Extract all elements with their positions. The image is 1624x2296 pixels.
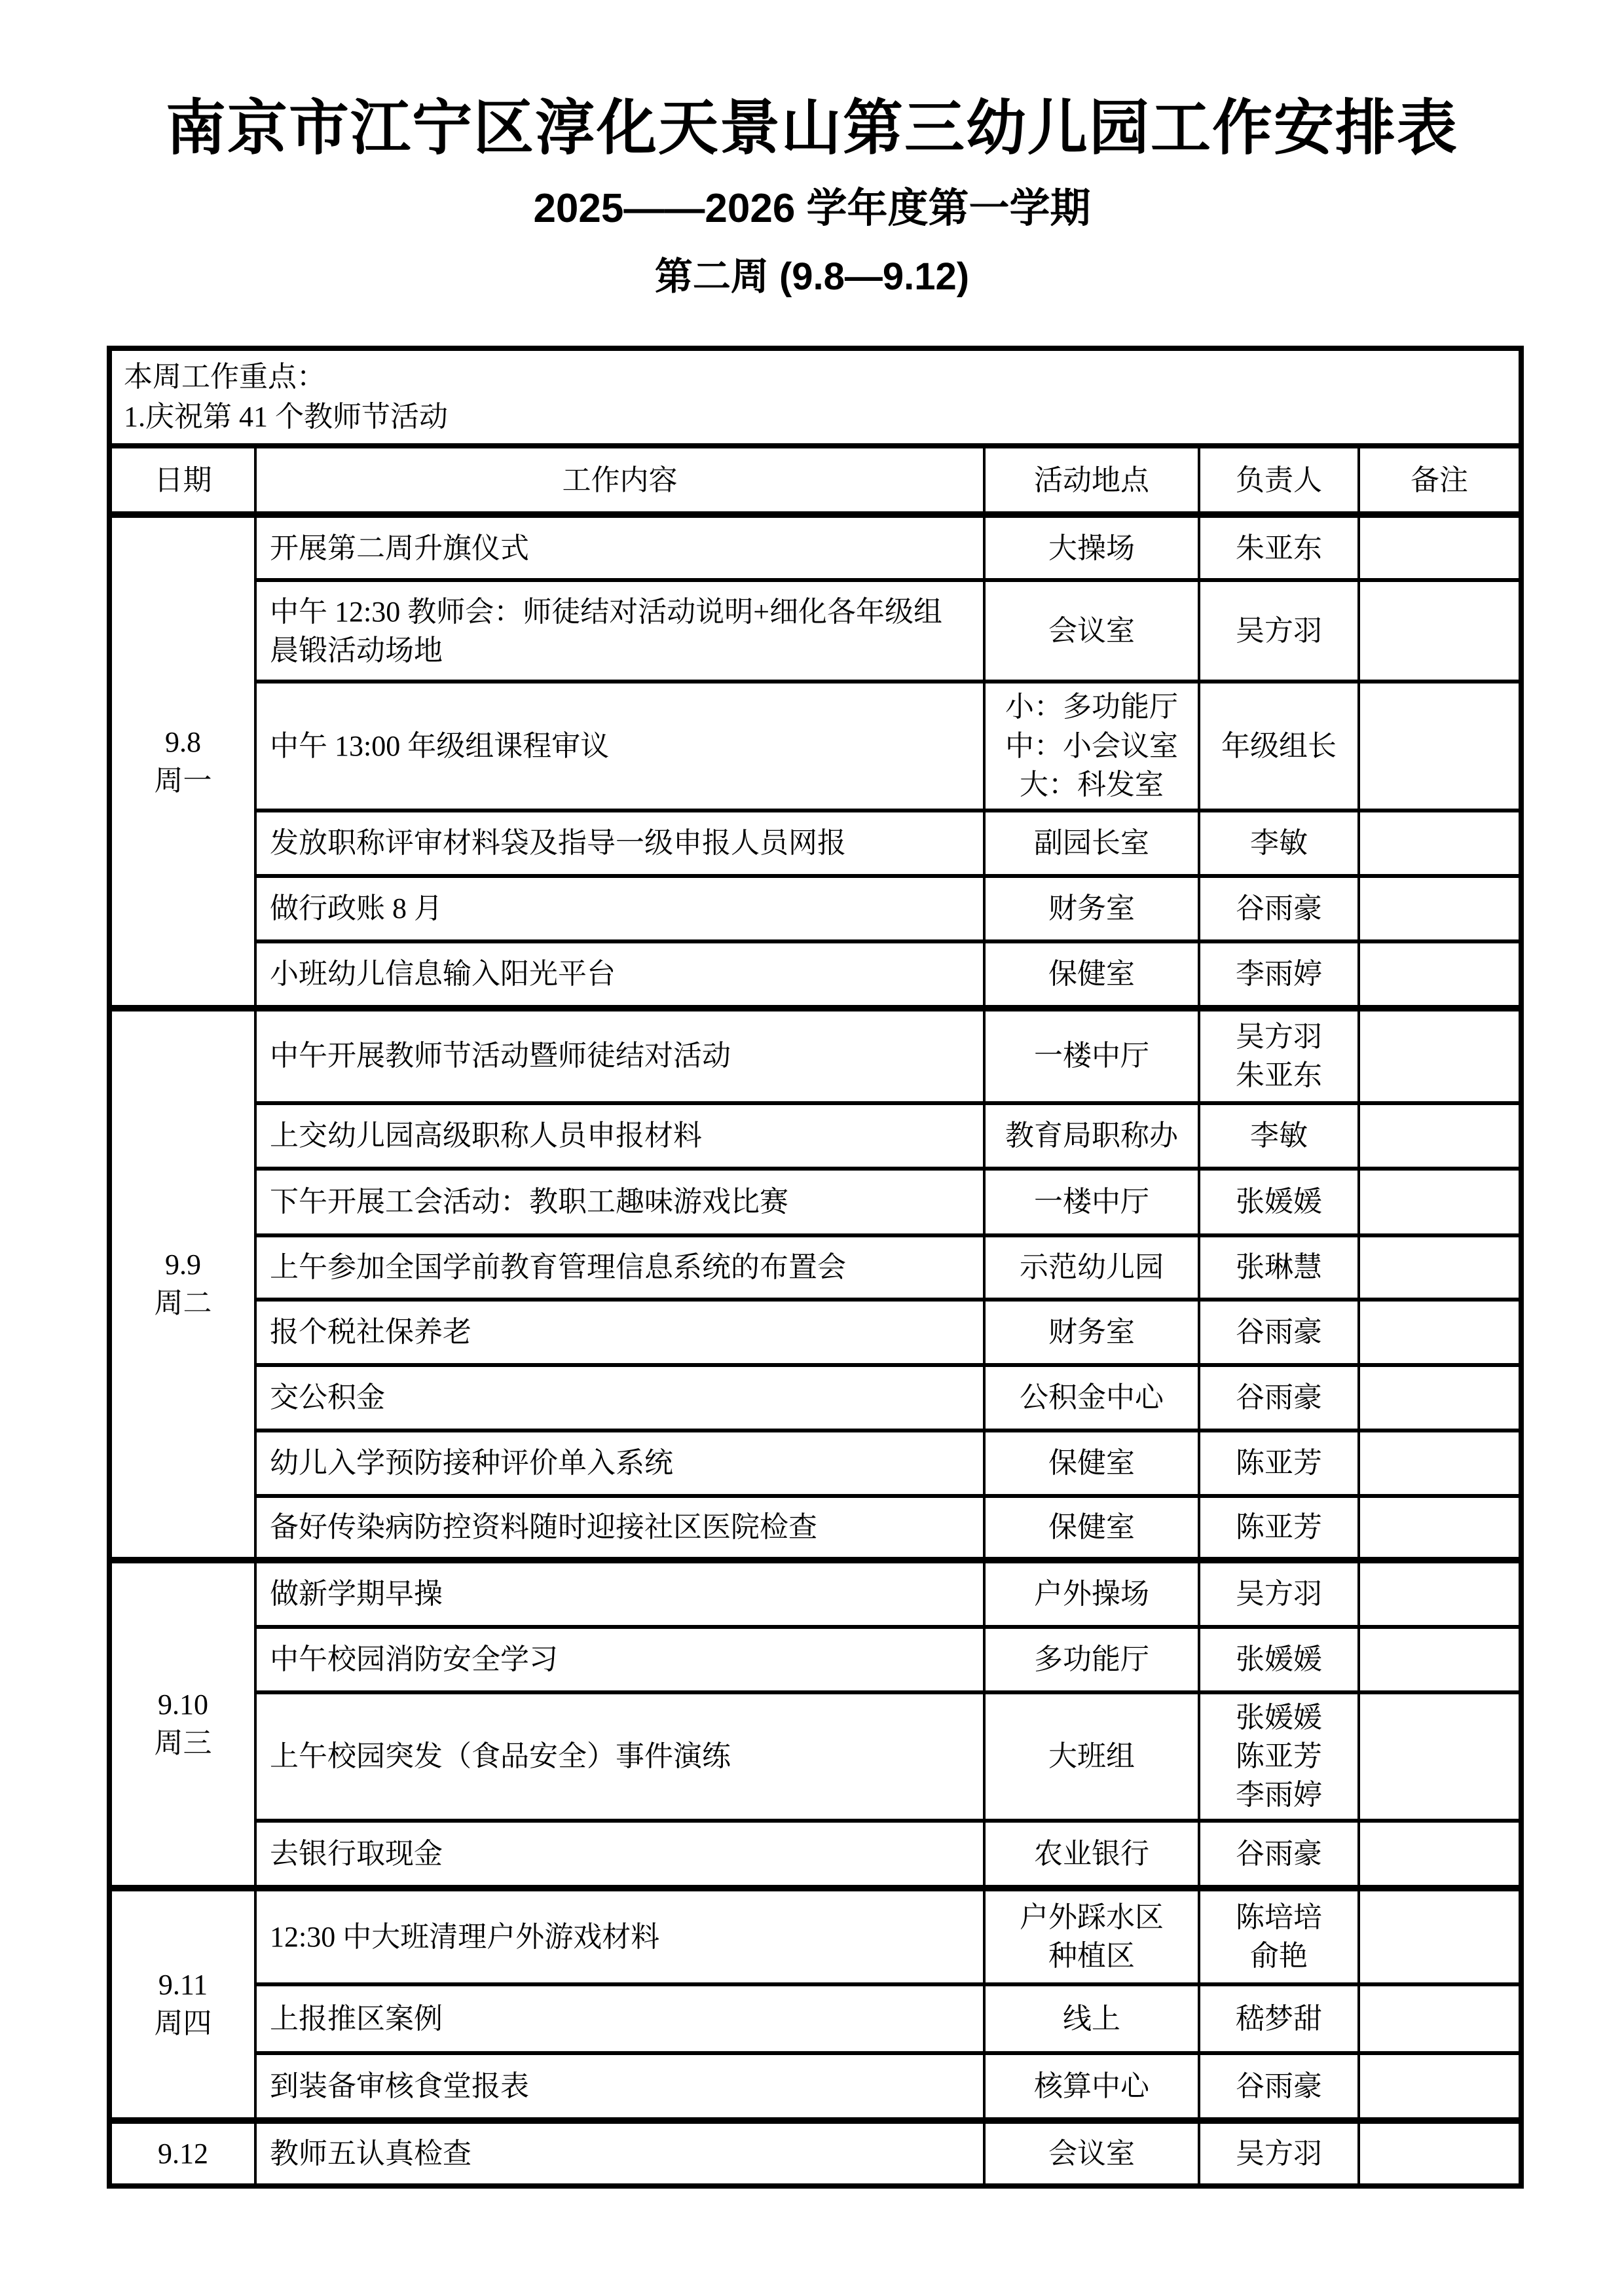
remark-cell — [1359, 811, 1521, 876]
place-cell: 示范幼儿园 — [984, 1235, 1199, 1300]
place-cell: 核算中心 — [984, 2053, 1199, 2121]
weekday-label: 周三 — [119, 1724, 248, 1762]
task-cell: 到装备审核食堂报表 — [255, 2053, 984, 2121]
table-row: 上交幼儿园高级职称人员申报材料教育局职称办李敏 — [109, 1103, 1521, 1169]
person-cell: 李敏 — [1199, 811, 1359, 876]
remark-cell — [1359, 1888, 1521, 1984]
person-cell: 谷雨豪 — [1199, 1365, 1359, 1430]
date-cell: 9.8周一 — [109, 515, 255, 1008]
table-row: 中午校园消防安全学习多功能厅张媛媛 — [109, 1627, 1521, 1692]
table-row: 上午参加全国学前教育管理信息系统的布置会示范幼儿园张琳慧 — [109, 1235, 1521, 1300]
schedule-table: 本周工作重点： 1.庆祝第 41 个教师节活动 日期 工作内容 活动地点 负责人… — [107, 346, 1524, 2189]
place-cell: 保健室 — [984, 1496, 1199, 1560]
remark-cell — [1359, 1300, 1521, 1365]
task-cell: 12:30 中大班清理户外游戏材料 — [255, 1888, 984, 1984]
table-row: 交公积金公积金中心谷雨豪 — [109, 1365, 1521, 1430]
place-cell: 一楼中厅 — [984, 1008, 1199, 1103]
remark-cell — [1359, 1984, 1521, 2053]
person-cell: 吴方羽 — [1199, 2121, 1359, 2186]
task-cell: 开展第二周升旗仪式 — [255, 515, 984, 580]
week-line: 第二周 (9.8—9.12) — [0, 258, 1624, 296]
task-cell: 做行政账 8 月 — [255, 876, 984, 941]
remark-cell — [1359, 2053, 1521, 2121]
date-label: 9.12 — [119, 2134, 248, 2173]
place-cell: 会议室 — [984, 2121, 1199, 2186]
remark-cell — [1359, 682, 1521, 810]
task-cell: 做新学期早操 — [255, 1560, 984, 1627]
table-row: 报个税社保养老财务室谷雨豪 — [109, 1300, 1521, 1365]
table-row: 去银行取现金农业银行谷雨豪 — [109, 1821, 1521, 1888]
remark-cell — [1359, 1627, 1521, 1692]
person-cell: 嵇梦甜 — [1199, 1984, 1359, 2053]
person-cell: 陈亚芳 — [1199, 1496, 1359, 1560]
table-row: 到装备审核食堂报表核算中心谷雨豪 — [109, 2053, 1521, 2121]
place-cell: 教育局职称办 — [984, 1103, 1199, 1169]
task-cell: 教师五认真检查 — [255, 2121, 984, 2186]
table-row: 9.12教师五认真检查会议室吴方羽 — [109, 2121, 1521, 2186]
remark-cell — [1359, 1365, 1521, 1430]
remark-cell — [1359, 1430, 1521, 1496]
task-cell: 中午 13:00 年级组课程审议 — [255, 682, 984, 810]
person-cell: 陈培培 俞艳 — [1199, 1888, 1359, 1984]
table-row: 9.8周一开展第二周升旗仪式大操场朱亚东 — [109, 515, 1521, 580]
document-page: 南京市江宁区淳化天景山第三幼儿园工作安排表 2025——2026 学年度第一学期… — [0, 0, 1624, 2296]
remark-cell — [1359, 515, 1521, 580]
place-cell: 副园长室 — [984, 811, 1199, 876]
task-cell: 交公积金 — [255, 1365, 984, 1430]
task-cell: 上交幼儿园高级职称人员申报材料 — [255, 1103, 984, 1169]
person-cell: 吴方羽 — [1199, 1560, 1359, 1627]
task-cell: 中午 12:30 教师会：师徒结对活动说明+细化各年级组晨锻活动场地 — [255, 580, 984, 682]
task-cell: 幼儿入学预防接种评价单入系统 — [255, 1430, 984, 1496]
place-cell: 大操场 — [984, 515, 1199, 580]
place-cell: 户外操场 — [984, 1560, 1199, 1627]
date-label: 9.9 — [119, 1245, 248, 1284]
note-heading: 本周工作重点： — [124, 357, 1507, 397]
col-header-task: 工作内容 — [255, 446, 984, 515]
remark-cell — [1359, 580, 1521, 682]
table-row: 小班幼儿信息输入阳光平台保健室李雨婷 — [109, 941, 1521, 1008]
remark-cell — [1359, 1169, 1521, 1235]
col-header-place: 活动地点 — [984, 446, 1199, 515]
date-cell: 9.10周三 — [109, 1560, 255, 1888]
table-row: 发放职称评审材料袋及指导一级申报人员网报副园长室李敏 — [109, 811, 1521, 876]
table-row: 9.10周三做新学期早操户外操场吴方羽 — [109, 1560, 1521, 1627]
task-cell: 上报推区案例 — [255, 1984, 984, 2053]
person-cell: 张媛媛 — [1199, 1169, 1359, 1235]
page-title: 南京市江宁区淳化天景山第三幼儿园工作安排表 — [0, 0, 1624, 158]
place-cell: 保健室 — [984, 1430, 1199, 1496]
table-row: 上报推区案例线上嵇梦甜 — [109, 1984, 1521, 2053]
person-cell: 吴方羽 — [1199, 580, 1359, 682]
table-row: 9.9周二中午开展教师节活动暨师徒结对活动一楼中厅吴方羽 朱亚东 — [109, 1008, 1521, 1103]
date-cell: 9.11周四 — [109, 1888, 255, 2121]
page-subtitle: 2025——2026 学年度第一学期 — [0, 189, 1624, 229]
place-cell: 会议室 — [984, 580, 1199, 682]
table-row: 9.11周四12:30 中大班清理户外游戏材料户外踩水区 种植区陈培培 俞艳 — [109, 1888, 1521, 1984]
header-row: 日期 工作内容 活动地点 负责人 备注 — [109, 446, 1521, 515]
task-cell: 中午开展教师节活动暨师徒结对活动 — [255, 1008, 984, 1103]
weekday-label: 周二 — [119, 1284, 248, 1322]
note-item: 1.庆祝第 41 个教师节活动 — [124, 397, 1507, 437]
task-cell: 小班幼儿信息输入阳光平台 — [255, 941, 984, 1008]
task-cell: 备好传染病防控资料随时迎接社区医院检查 — [255, 1496, 984, 1560]
table-row: 备好传染病防控资料随时迎接社区医院检查保健室陈亚芳 — [109, 1496, 1521, 1560]
table-row: 做行政账 8 月财务室谷雨豪 — [109, 876, 1521, 941]
col-header-date: 日期 — [109, 446, 255, 515]
table-row: 中午 13:00 年级组课程审议小：多功能厅 中：小会议室 大：科发室年级组长 — [109, 682, 1521, 810]
person-cell: 张琳慧 — [1199, 1235, 1359, 1300]
person-cell: 张媛媛 — [1199, 1627, 1359, 1692]
place-cell: 公积金中心 — [984, 1365, 1199, 1430]
remark-cell — [1359, 2121, 1521, 2186]
date-cell: 9.9周二 — [109, 1008, 255, 1560]
table-row: 下午开展工会活动：教职工趣味游戏比赛一楼中厅张媛媛 — [109, 1169, 1521, 1235]
table-row: 上午校园突发（食品安全）事件演练大班组张媛媛 陈亚芳 李雨婷 — [109, 1692, 1521, 1821]
remark-cell — [1359, 1008, 1521, 1103]
place-cell: 多功能厅 — [984, 1627, 1199, 1692]
person-cell: 谷雨豪 — [1199, 1821, 1359, 1888]
person-cell: 陈亚芳 — [1199, 1430, 1359, 1496]
remark-cell — [1359, 1235, 1521, 1300]
date-cell: 9.12 — [109, 2121, 255, 2186]
col-header-remark: 备注 — [1359, 446, 1521, 515]
person-cell: 谷雨豪 — [1199, 2053, 1359, 2121]
week-focus-note: 本周工作重点： 1.庆祝第 41 个教师节活动 — [109, 348, 1521, 446]
person-cell: 吴方羽 朱亚东 — [1199, 1008, 1359, 1103]
place-cell: 一楼中厅 — [984, 1169, 1199, 1235]
person-cell: 张媛媛 陈亚芳 李雨婷 — [1199, 1692, 1359, 1821]
place-cell: 小：多功能厅 中：小会议室 大：科发室 — [984, 682, 1199, 810]
remark-cell — [1359, 1821, 1521, 1888]
person-cell: 李雨婷 — [1199, 941, 1359, 1008]
date-label: 9.11 — [119, 1965, 248, 2004]
place-cell: 财务室 — [984, 1300, 1199, 1365]
task-cell: 下午开展工会活动：教职工趣味游戏比赛 — [255, 1169, 984, 1235]
task-cell: 发放职称评审材料袋及指导一级申报人员网报 — [255, 811, 984, 876]
task-cell: 上午参加全国学前教育管理信息系统的布置会 — [255, 1235, 984, 1300]
remark-cell — [1359, 941, 1521, 1008]
table-row: 幼儿入学预防接种评价单入系统保健室陈亚芳 — [109, 1430, 1521, 1496]
place-cell: 户外踩水区 种植区 — [984, 1888, 1199, 1984]
person-cell: 谷雨豪 — [1199, 1300, 1359, 1365]
place-cell: 保健室 — [984, 941, 1199, 1008]
person-cell: 李敏 — [1199, 1103, 1359, 1169]
task-cell: 中午校园消防安全学习 — [255, 1627, 984, 1692]
col-header-person: 负责人 — [1199, 446, 1359, 515]
task-cell: 报个税社保养老 — [255, 1300, 984, 1365]
place-cell: 大班组 — [984, 1692, 1199, 1821]
weekday-label: 周四 — [119, 2004, 248, 2043]
place-cell: 财务室 — [984, 876, 1199, 941]
note-row: 本周工作重点： 1.庆祝第 41 个教师节活动 — [109, 348, 1521, 446]
task-cell: 上午校园突发（食品安全）事件演练 — [255, 1692, 984, 1821]
date-label: 9.8 — [119, 723, 248, 761]
remark-cell — [1359, 1560, 1521, 1627]
date-label: 9.10 — [119, 1685, 248, 1724]
remark-cell — [1359, 1103, 1521, 1169]
place-cell: 农业银行 — [984, 1821, 1199, 1888]
weekday-label: 周一 — [119, 761, 248, 800]
person-cell: 朱亚东 — [1199, 515, 1359, 580]
person-cell: 谷雨豪 — [1199, 876, 1359, 941]
remark-cell — [1359, 1692, 1521, 1821]
person-cell: 年级组长 — [1199, 682, 1359, 810]
remark-cell — [1359, 876, 1521, 941]
table-row: 中午 12:30 教师会：师徒结对活动说明+细化各年级组晨锻活动场地会议室吴方羽 — [109, 580, 1521, 682]
task-cell: 去银行取现金 — [255, 1821, 984, 1888]
remark-cell — [1359, 1496, 1521, 1560]
place-cell: 线上 — [984, 1984, 1199, 2053]
